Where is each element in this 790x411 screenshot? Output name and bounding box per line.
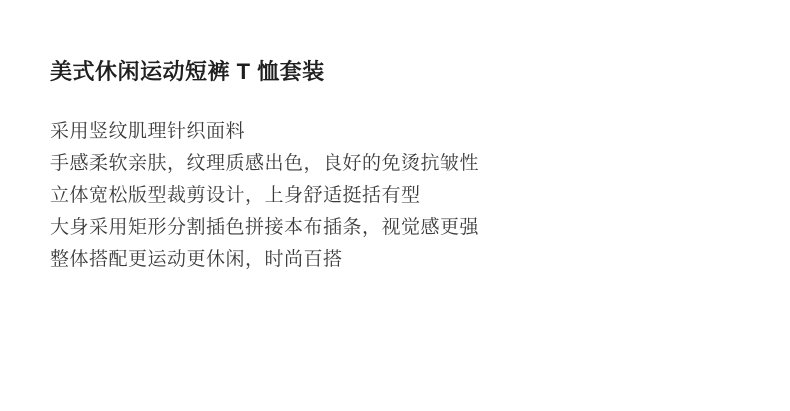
- product-description: 采用竖纹肌理针织面料 手感柔软亲肤，纹理质感出色，良好的免烫抗皱性 立体宽松版型…: [50, 116, 750, 276]
- description-line: 整体搭配更运动更休闲，时尚百搭: [50, 244, 750, 276]
- product-title: 美式休闲运动短裤 T 恤套装: [50, 58, 750, 86]
- product-description-page: 美式休闲运动短裤 T 恤套装 采用竖纹肌理针织面料 手感柔软亲肤，纹理质感出色，…: [0, 0, 790, 411]
- description-line: 手感柔软亲肤，纹理质感出色，良好的免烫抗皱性: [50, 148, 750, 180]
- description-line: 立体宽松版型裁剪设计，上身舒适挺括有型: [50, 180, 750, 212]
- description-line: 采用竖纹肌理针织面料: [50, 116, 750, 148]
- description-line: 大身采用矩形分割插色拼接本布插条，视觉感更强: [50, 212, 750, 244]
